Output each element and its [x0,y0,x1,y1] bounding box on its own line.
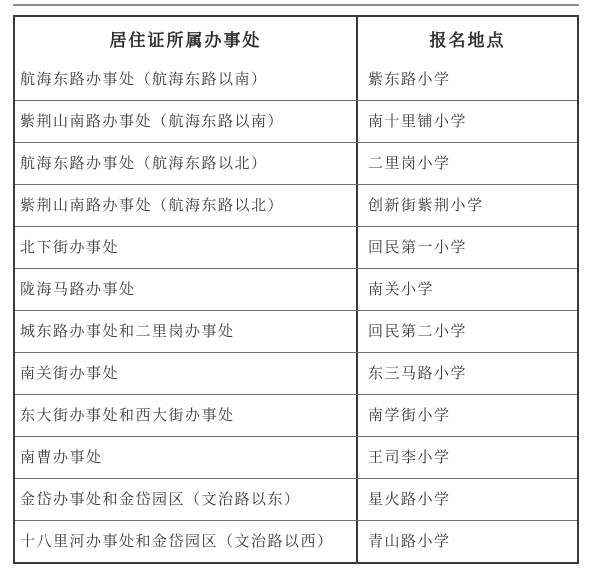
school-cell: 南十里铺小学 [358,101,577,142]
school-cell: 创新街紫荆小学 [358,185,577,226]
table-row: 南曹办事处 王司李小学 [15,436,577,478]
office-cell: 金岱办事处和金岱园区（文治路以东） [15,479,358,520]
office-cell: 南曹办事处 [15,437,358,478]
office-cell: 紫荆山南路办事处（航海东路以南） [15,101,358,142]
school-cell: 东三马路小学 [358,353,577,394]
office-cell: 航海东路办事处（航海东路以北） [15,143,358,184]
table-body: 航海东路办事处（航海东路以南） 紫东路小学 紫荆山南路办事处（航海东路以南） 南… [15,59,577,562]
school-cell: 二里岗小学 [358,143,577,184]
table-row: 航海东路办事处（航海东路以北） 二里岗小学 [15,142,577,184]
office-cell: 城东路办事处和二里岗办事处 [15,311,358,352]
table-row: 十八里河办事处和金岱园区（文治路以西） 青山路小学 [15,520,577,562]
table-row: 紫荆山南路办事处（航海东路以南） 南十里铺小学 [15,100,577,142]
table-row: 南关街办事处 东三马路小学 [15,352,577,394]
school-cell: 回民第一小学 [358,227,577,268]
school-cell: 回民第二小学 [358,311,577,352]
school-cell: 青山路小学 [358,521,577,562]
table-row: 城东路办事处和二里岗办事处 回民第二小学 [15,310,577,352]
school-cell: 南学街小学 [358,395,577,436]
office-cell: 航海东路办事处（航海东路以南） [15,59,358,100]
table-row: 陇海马路办事处 南关小学 [15,268,577,310]
page: { "table": { "headers": { "office": "居住证… [0,0,600,580]
office-column-header: 居住证所属办事处 [15,17,358,59]
school-cell: 星火路小学 [358,479,577,520]
office-cell: 紫荆山南路办事处（航海东路以北） [15,185,358,226]
registration-table: 居住证所属办事处 报名地点 航海东路办事处（航海东路以南） 紫东路小学 紫荆山南… [13,15,579,564]
table-row: 紫荆山南路办事处（航海东路以北） 创新街紫荆小学 [15,184,577,226]
office-cell: 东大街办事处和西大街办事处 [15,395,358,436]
table-row: 北下街办事处 回民第一小学 [15,226,577,268]
table-header-row: 居住证所属办事处 报名地点 [15,17,577,59]
table-row: 金岱办事处和金岱园区（文治路以东） 星火路小学 [15,478,577,520]
office-cell: 北下街办事处 [15,227,358,268]
school-cell: 王司李小学 [358,437,577,478]
school-cell: 南关小学 [358,269,577,310]
top-divider [13,4,579,6]
office-cell: 南关街办事处 [15,353,358,394]
office-cell: 陇海马路办事处 [15,269,358,310]
office-cell: 十八里河办事处和金岱园区（文治路以西） [15,521,358,562]
school-cell: 紫东路小学 [358,59,577,100]
table-row: 东大街办事处和西大街办事处 南学街小学 [15,394,577,436]
school-column-header: 报名地点 [358,17,577,59]
table-row: 航海东路办事处（航海东路以南） 紫东路小学 [15,59,577,100]
